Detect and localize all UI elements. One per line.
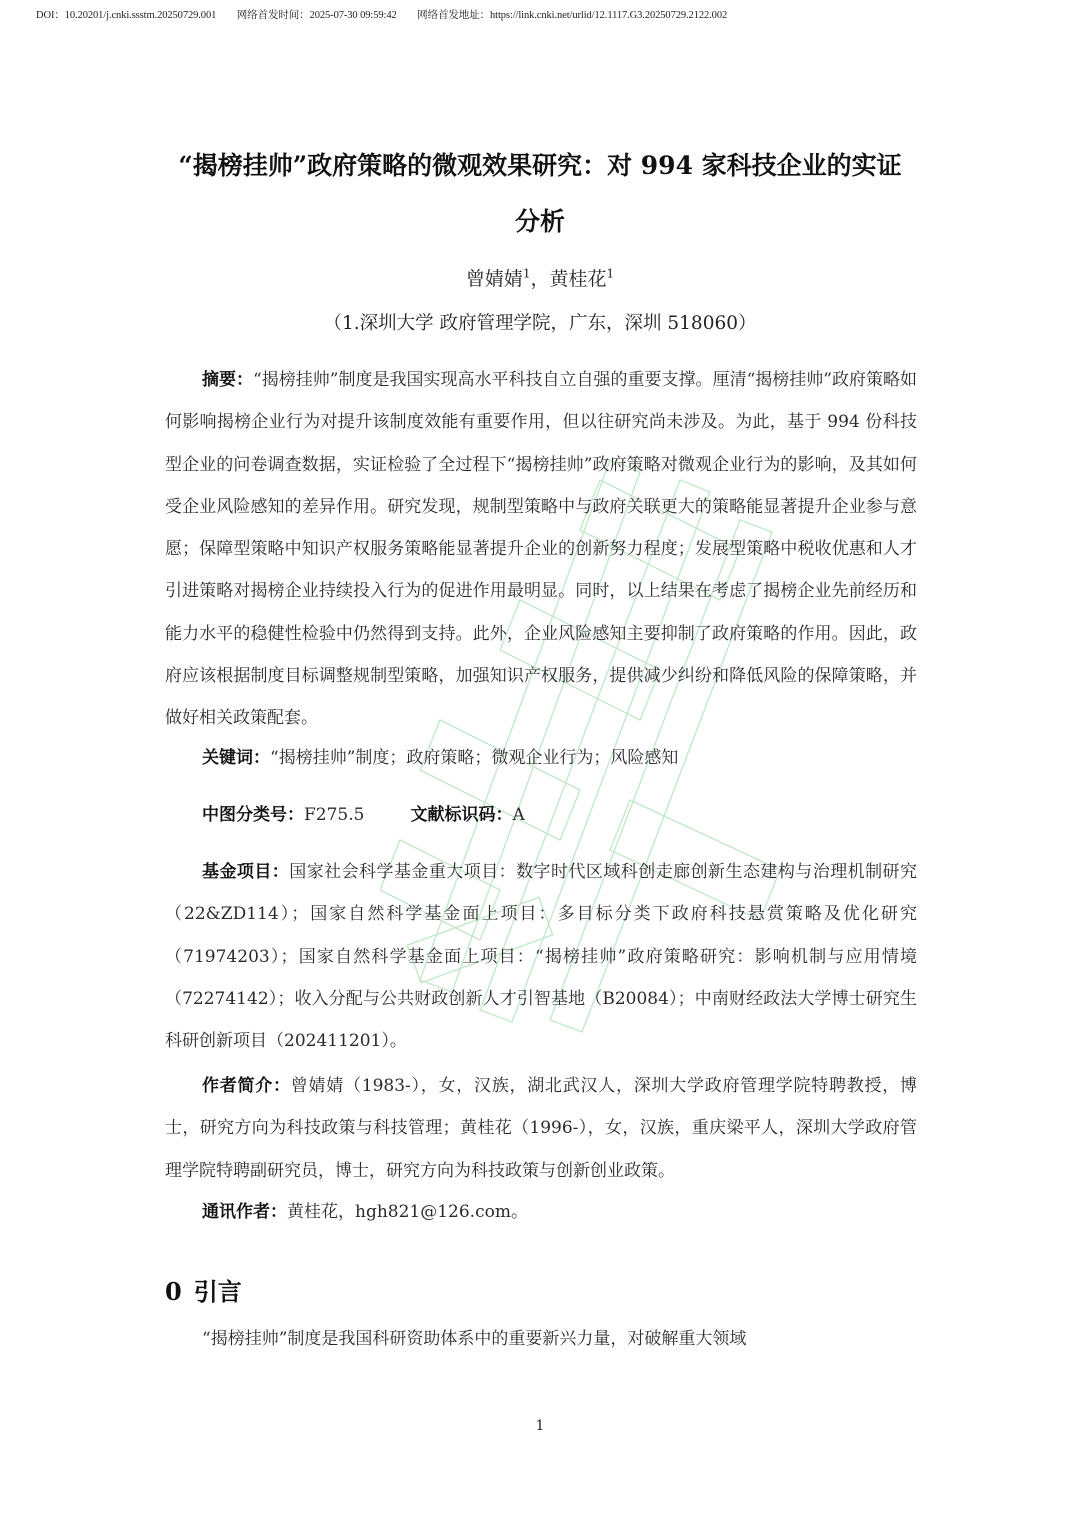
title-line-1: “揭榜挂帅”政府策略的微观效果研究：对 994 家科技企业的实证 — [160, 138, 920, 194]
affiliation: （1.深圳大学 政府管理学院，广东，深圳 518060） — [0, 309, 1080, 335]
keywords-text: “揭榜挂帅”制度；政府策略；微观企业行为；风险感知 — [270, 748, 678, 768]
page-number: 1 — [0, 1418, 1080, 1434]
doi: DOI：10.20201/j.cnki.ssstm.20250729.001 — [36, 10, 216, 21]
bio-label: 作者简介： — [202, 1076, 291, 1096]
title-line-2: 分析 — [160, 194, 920, 250]
abstract: 摘要：“揭榜挂帅”制度是我国实现高水平科技自立自强的重要支撑。厘清“揭榜挂帅”政… — [165, 359, 917, 740]
keywords-label: 关键词： — [202, 748, 270, 768]
affiliation-mark: 1 — [607, 267, 615, 281]
author-bio: 作者简介：曾婧婧（1983-），女，汉族，湖北武汉人，深圳大学政府管理学院特聘教… — [165, 1065, 917, 1192]
doc-code-label: 文献标识码： — [410, 805, 512, 825]
section-heading-introduction: 0引言 — [165, 1272, 242, 1307]
author-name: 黄桂花 — [550, 268, 607, 290]
abstract-label: 摘要： — [202, 370, 253, 390]
classification: 中图分类号：F275.5文献标识码：A — [165, 794, 917, 836]
corresponding-author: 通讯作者：黄桂花，hgh821@126.com。 — [165, 1191, 917, 1233]
clc-label: 中图分类号： — [202, 805, 304, 825]
fund-text: 国家社会科学基金重大项目：数字时代区域科创走廊创新生态建构与治理机制研究（22&… — [165, 862, 917, 1051]
keywords: 关键词：“揭榜挂帅”制度；政府策略；微观企业行为；风险感知 — [165, 737, 917, 779]
corr-text: 黄桂花，hgh821@126.com。 — [287, 1202, 528, 1222]
author-list: 曾婧婧1，黄桂花1 — [0, 264, 1080, 291]
funding: 基金项目：国家社会科学基金重大项目：数字时代区域科创走廊创新生态建构与治理机制研… — [165, 851, 917, 1062]
author-name: 曾婧婧 — [466, 268, 523, 290]
doc-code-value: A — [512, 805, 524, 825]
author-separator: ， — [530, 268, 549, 290]
corr-label: 通讯作者： — [202, 1202, 287, 1222]
fund-label: 基金项目： — [202, 862, 289, 882]
publish-url[interactable]: 网络首发地址：https://link.cnki.net/urlid/12.11… — [417, 10, 727, 21]
clc-value: F275.5 — [304, 805, 364, 825]
section-number: 0 — [165, 1277, 182, 1306]
introduction-paragraph: “揭榜挂帅”制度是我国科研资助体系中的重要新兴力量，对破解重大领域 — [165, 1318, 917, 1360]
doi-header: DOI：10.20201/j.cnki.ssstm.20250729.001 网… — [36, 7, 745, 22]
publish-time: 网络首发时间：2025-07-30 09:59:42 — [237, 10, 397, 21]
abstract-text: “揭榜挂帅”制度是我国实现高水平科技自立自强的重要支撑。厘清“揭榜挂帅”政府策略… — [165, 370, 917, 728]
paper-title: “揭榜挂帅”政府策略的微观效果研究：对 994 家科技企业的实证 分析 — [160, 138, 920, 250]
section-title: 引言 — [194, 1277, 242, 1306]
